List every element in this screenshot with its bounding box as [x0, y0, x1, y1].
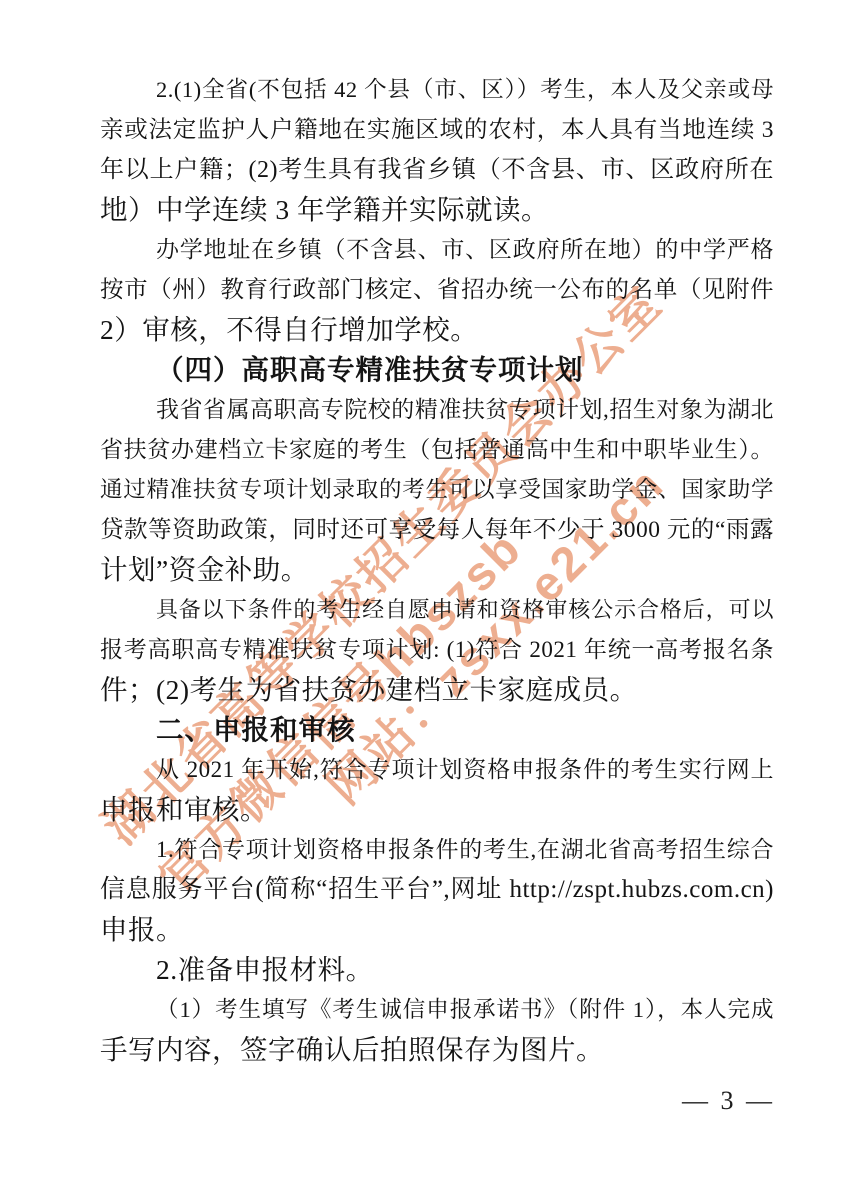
text-line: 信息服务平台(简称“招生平台”,网址 http://zspt.hubzs.com…	[100, 870, 774, 910]
section-heading: （四）高职高专精准扶贫专项计划	[100, 350, 774, 390]
section-heading: 二、申报和审核	[100, 710, 774, 750]
text-line: 2.准备申报材料。	[100, 950, 774, 990]
text-line: 具备以下条件的考生经自愿申请和资格审核公示合格后，可以	[100, 590, 774, 630]
text-line: 按市（州）教育行政部门核定、省招办统一公布的名单（见附件	[100, 270, 774, 310]
text-line: 申报和审核。	[100, 790, 774, 830]
text-line: （1）考生填写《考生诚信申报承诺书》（附件 1），本人完成	[100, 990, 774, 1030]
text-line: 我省省属高职高专院校的精准扶贫专项计划,招生对象为湖北	[100, 390, 774, 430]
document-page: 湖北省高等学校招生委员会办公室 官方微信信号hbszsb 网站：zsxx.e21…	[0, 0, 849, 1200]
text-line: 贷款等资助政策，同时还可享受每人每年不少于 3000 元的“雨露	[100, 510, 774, 550]
text-line: 年以上户籍；(2)考生具有我省乡镇（不含县、市、区政府所在	[100, 150, 774, 190]
text-line: 计划”资金补助。	[100, 550, 774, 590]
text-line: 通过精准扶贫专项计划录取的考生可以享受国家助学金、国家助学	[100, 470, 774, 510]
document-body: 2.(1)全省(不包括 42 个县（市、区））考生，本人及父亲或母亲或法定监护人…	[100, 70, 774, 1070]
text-line: 办学地址在乡镇（不含县、市、区政府所在地）的中学严格	[100, 230, 774, 270]
text-line: 件；(2)考生为省扶贫办建档立卡家庭成员。	[100, 670, 774, 710]
text-line: 从 2021 年开始,符合专项计划资格申报条件的考生实行网上	[100, 750, 774, 790]
text-line: 地）中学连续 3 年学籍并实际就读。	[100, 190, 774, 230]
text-line: 报考高职高专精准扶贫专项计划: (1)符合 2021 年统一高考报名条	[100, 630, 774, 670]
text-line: 亲或法定监护人户籍地在实施区域的农村，本人具有当地连续 3	[100, 110, 774, 150]
page-number: — 3 —	[100, 1086, 775, 1116]
text-line: 2）审核，不得自行增加学校。	[100, 310, 774, 350]
text-line: 1.符合专项计划资格申报条件的考生,在湖北省高考招生综合	[100, 830, 774, 870]
text-line: 省扶贫办建档立卡家庭的考生（包括普通高中生和中职毕业生）。	[100, 430, 774, 470]
text-line: 手写内容，签字确认后拍照保存为图片。	[100, 1030, 774, 1070]
text-line: 申报。	[100, 910, 774, 950]
text-line: 2.(1)全省(不包括 42 个县（市、区））考生，本人及父亲或母	[100, 70, 774, 110]
